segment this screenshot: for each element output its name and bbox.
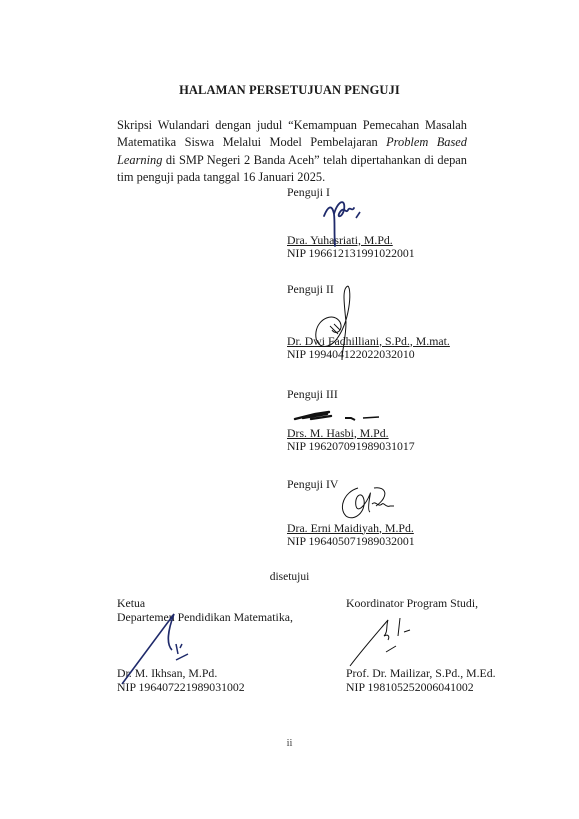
document-page: HALAMAN PERSETUJUAN PENGUJI Skripsi Wula… [0,0,579,819]
examiner-4-name: Dra. Erni Maidiyah, M.Pd. [287,522,415,536]
signature-icon [118,610,188,686]
signature-icon [308,282,360,362]
examiner-3-label: Penguji III [287,388,415,402]
examiner-3-nip: NIP 196207091989031017 [287,440,415,454]
approval-paragraph: Skripsi Wulandari dengan judul “Kemampua… [117,117,467,187]
examiner-1-nip: NIP 196612131991022001 [287,247,415,261]
coordinator-name: Prof. Dr. Mailizar, S.Pd., M.Ed. [346,666,496,680]
approved-label: disetujui [0,571,579,583]
page-title: HALAMAN PERSETUJUAN PENGUJI [0,83,579,98]
paragraph-text-2: di SMP Negeri 2 Banda Aceh” telah dipert… [117,153,467,184]
examiner-4-nip: NIP 196405071989032001 [287,535,415,549]
head-title-line1: Ketua [117,596,293,610]
signature-icon [336,482,396,522]
coordinator-title: Koordinator Program Studi, [346,596,496,610]
coordinator-nip: NIP 198105252006041002 [346,680,496,694]
signature-icon [293,409,385,423]
signature-icon [318,196,368,248]
page-number: ii [0,738,579,749]
examiner-3-name: Drs. M. Hasbi, M.Pd. [287,427,415,441]
signature-icon [348,610,418,668]
